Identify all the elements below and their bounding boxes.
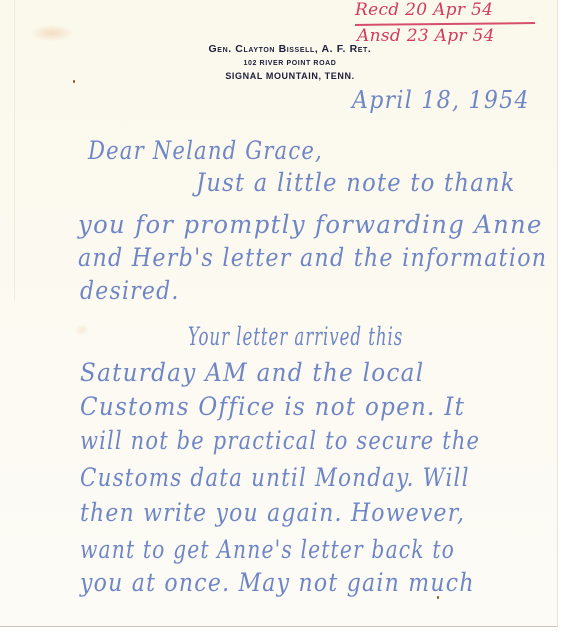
body-line: will not be practical to secure the: [80, 426, 480, 455]
paper-crease: [14, 0, 15, 300]
body-line: Your letter arrived this: [188, 322, 403, 351]
letterhead-address: 102 RIVER POINT ROAD: [150, 57, 430, 70]
letter-page: Gen. Clayton Bissell, A. F. Ret. 102 RIV…: [0, 0, 558, 627]
letter-date: April 18, 1954: [352, 86, 530, 114]
paper-speck: [73, 80, 75, 83]
body-line: you at once. May not gain much: [80, 568, 475, 597]
body-line: want to get Anne's letter back to: [80, 535, 455, 564]
letterhead-city: SIGNAL MOUNTAIN, TENN.: [150, 70, 430, 83]
body-line: you for promptly forwarding Anne: [78, 210, 543, 239]
received-annotation: Recd 20 Apr 54: [355, 0, 493, 20]
body-line: Just a little note to thank: [196, 168, 516, 197]
letterhead: Gen. Clayton Bissell, A. F. Ret. 102 RIV…: [150, 42, 430, 83]
salutation: Dear Neland Grace,: [88, 136, 323, 165]
annotation-underline: [355, 22, 535, 25]
body-line: Customs Office is not open. It: [80, 392, 465, 421]
body-line: and Herb's letter and the information: [78, 243, 547, 272]
body-line: then write you again. However,: [80, 498, 465, 527]
answered-annotation: Ansd 23 Apr 54: [357, 26, 495, 46]
paper-speck: [437, 596, 439, 599]
body-line: Saturday AM and the local: [80, 358, 424, 387]
body-line: desired.: [80, 276, 180, 305]
body-line: Customs data until Monday. Will: [80, 463, 470, 492]
